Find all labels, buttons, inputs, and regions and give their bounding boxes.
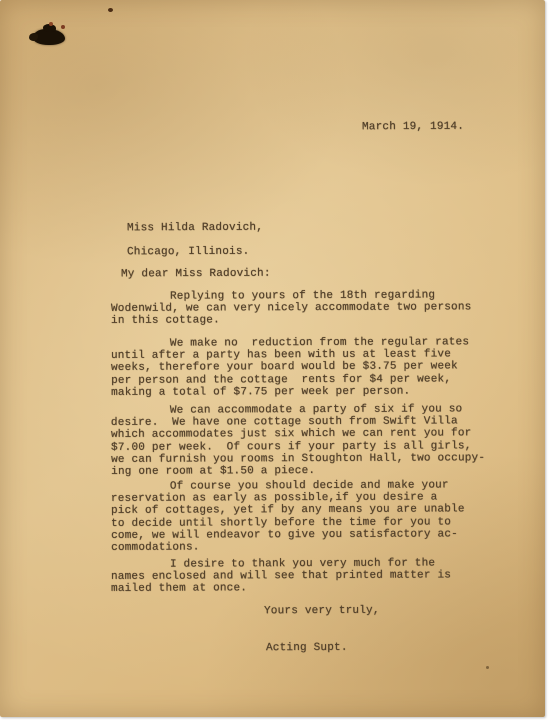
recipient-name: Miss Hilda Radovich,: [127, 222, 263, 235]
paragraph-2: We make no reduction from the regular ra…: [111, 336, 513, 399]
closing: Yours very truly,: [264, 605, 380, 618]
ink-speck: [486, 666, 489, 669]
ink-blot-artifact: [33, 29, 65, 45]
signature-line: Acting Supt.: [266, 642, 348, 655]
ink-speck: [61, 25, 65, 29]
ink-speck: [49, 22, 53, 26]
paragraph-1: Replying to yours of the 18th regarding …: [111, 289, 513, 327]
letter-date: March 19, 1914.: [362, 121, 464, 134]
paragraph-3: We can accommodate a party of six if you…: [111, 403, 513, 478]
paragraph-5: I desire to thank you very much for the …: [111, 557, 513, 595]
paragraph-4: Of course you should decide and make you…: [111, 479, 513, 554]
salutation: My dear Miss Radovich:: [121, 268, 271, 281]
recipient-city: Chicago, Illinois.: [127, 246, 249, 259]
scanned-letter-page: March 19, 1914. Miss Hilda Radovich, Chi…: [0, 0, 545, 717]
ink-speck: [108, 8, 113, 12]
